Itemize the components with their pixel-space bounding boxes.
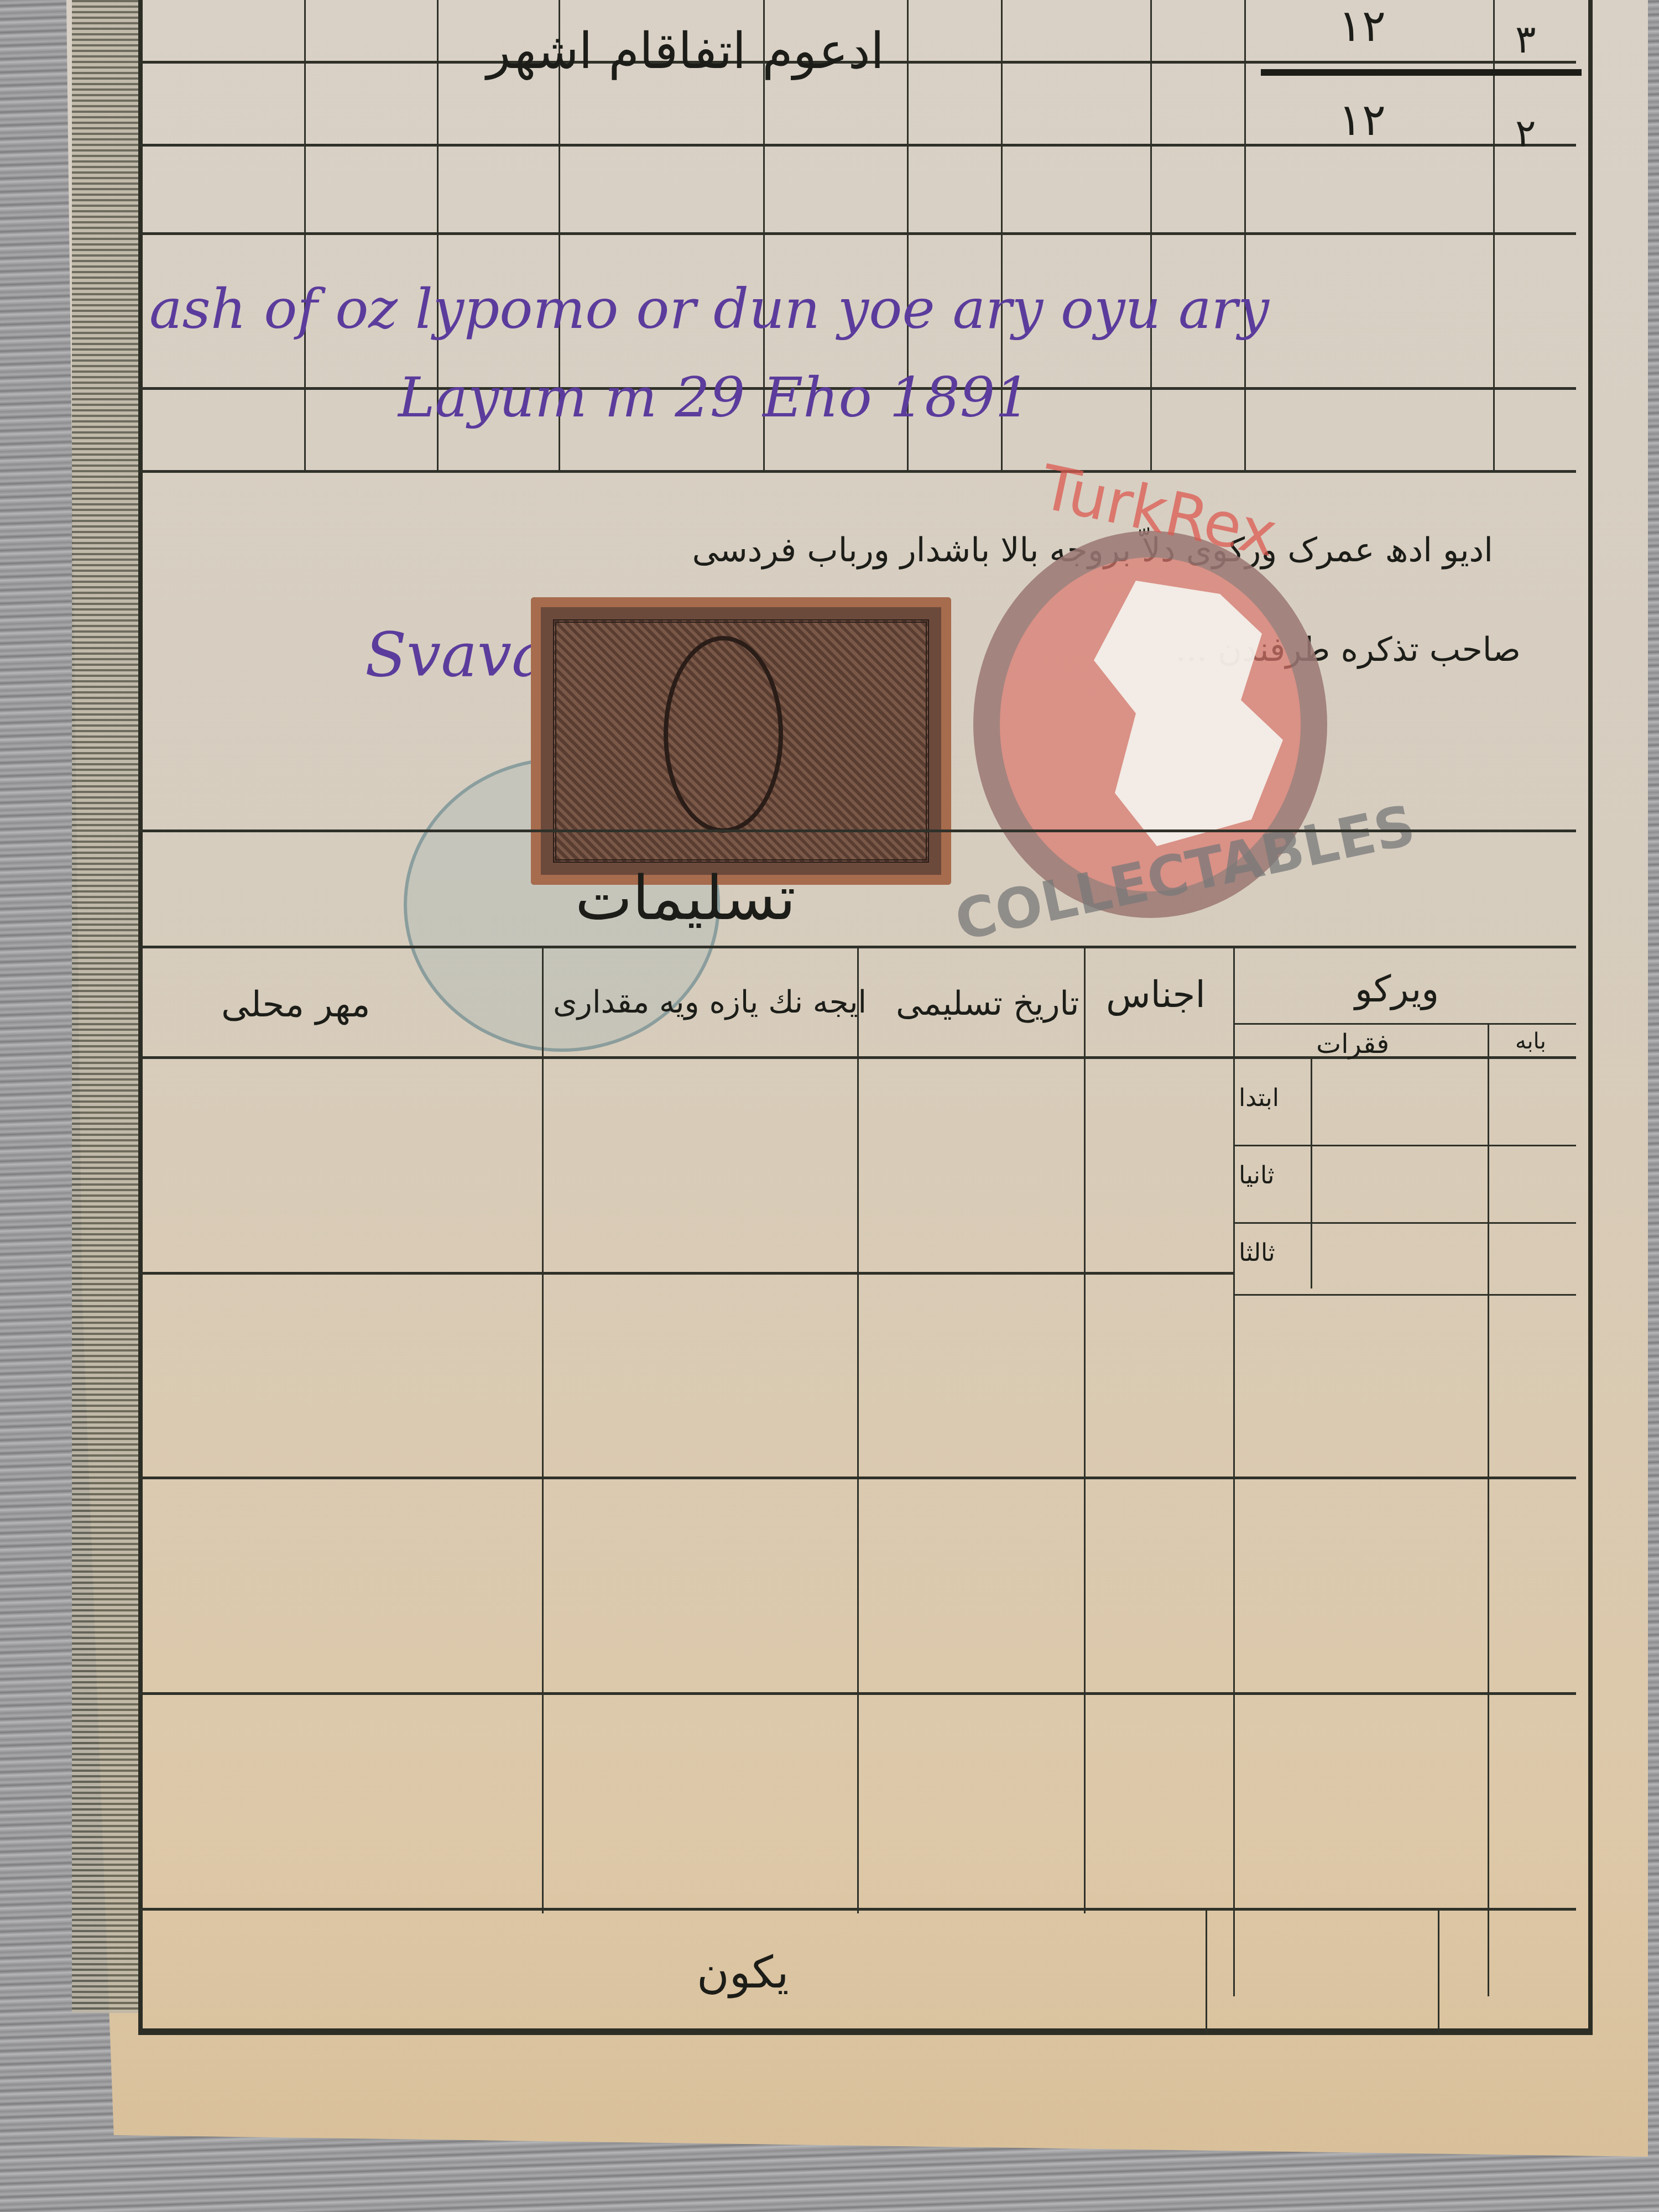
- header-tax: ویركو: [1355, 968, 1439, 1010]
- revenue-stamp: [531, 597, 951, 885]
- header-amount: ایجه نك یازه ویه مقداری: [553, 984, 867, 1020]
- row-label-divider: [1311, 1056, 1312, 1288]
- column-divider: [1084, 946, 1086, 1913]
- footer-total-label: یکون: [697, 1947, 789, 1998]
- grid-line: [1150, 0, 1152, 470]
- handwritten-note-line1: ash of oz lypomo or dun yoe ary oyu ary: [149, 276, 1269, 341]
- printed-statement: ادیو ادھ عمرک وركوی دلاّ بروجه بالا باشد…: [221, 531, 1493, 570]
- table-row-line: [138, 1692, 1576, 1695]
- grid-line: [138, 470, 1576, 473]
- top-number-2: ١٢: [1338, 94, 1386, 145]
- top-number-1: ١٢: [1338, 0, 1386, 51]
- row-label-1: ابتدا: [1239, 1084, 1279, 1112]
- decorative-border: [72, 0, 138, 2013]
- grid-line: [138, 830, 1576, 832]
- column-divider: [1488, 1023, 1489, 1996]
- grid-line: [1233, 1222, 1576, 1224]
- handwritten-note-line2: Layum m 29 Eho 1891: [398, 365, 1030, 430]
- header-goods: اجناس: [1106, 973, 1206, 1016]
- grid-line: [1233, 1145, 1576, 1146]
- grid-line: [1233, 1294, 1576, 1296]
- column-divider: [1233, 946, 1235, 1996]
- column-divider: [857, 946, 859, 1913]
- section-title: تسلیمات: [575, 863, 796, 933]
- subheader-section: بابه: [1515, 1029, 1546, 1054]
- header-delivery-date: تاریخ تسلیمی: [896, 984, 1079, 1023]
- grid-line: [1244, 0, 1246, 470]
- right-mark-2: ٢: [1515, 111, 1536, 156]
- row-label-2: ثانیا: [1239, 1161, 1275, 1190]
- grid-line: [304, 0, 306, 470]
- table-row-line: [138, 1272, 1233, 1275]
- row-label-3: ثالثا: [1239, 1239, 1275, 1267]
- table-row-line: [138, 1477, 1576, 1479]
- column-divider: [1438, 1908, 1439, 2035]
- column-divider: [1206, 1908, 1207, 2035]
- column-divider: [542, 946, 544, 1913]
- table-row-line: [138, 1908, 1576, 1911]
- subheader-line: [1233, 1023, 1576, 1025]
- header-mohr-mahalli: مهر محلی: [221, 984, 371, 1025]
- right-mark-1: ٣: [1515, 17, 1536, 62]
- grid-line: [138, 232, 1576, 235]
- underline-stroke: [1261, 69, 1582, 76]
- handwritten-header: ادعوم اتفاقام اشهر: [487, 22, 884, 80]
- subheader-items: فقرات: [1316, 1029, 1389, 1060]
